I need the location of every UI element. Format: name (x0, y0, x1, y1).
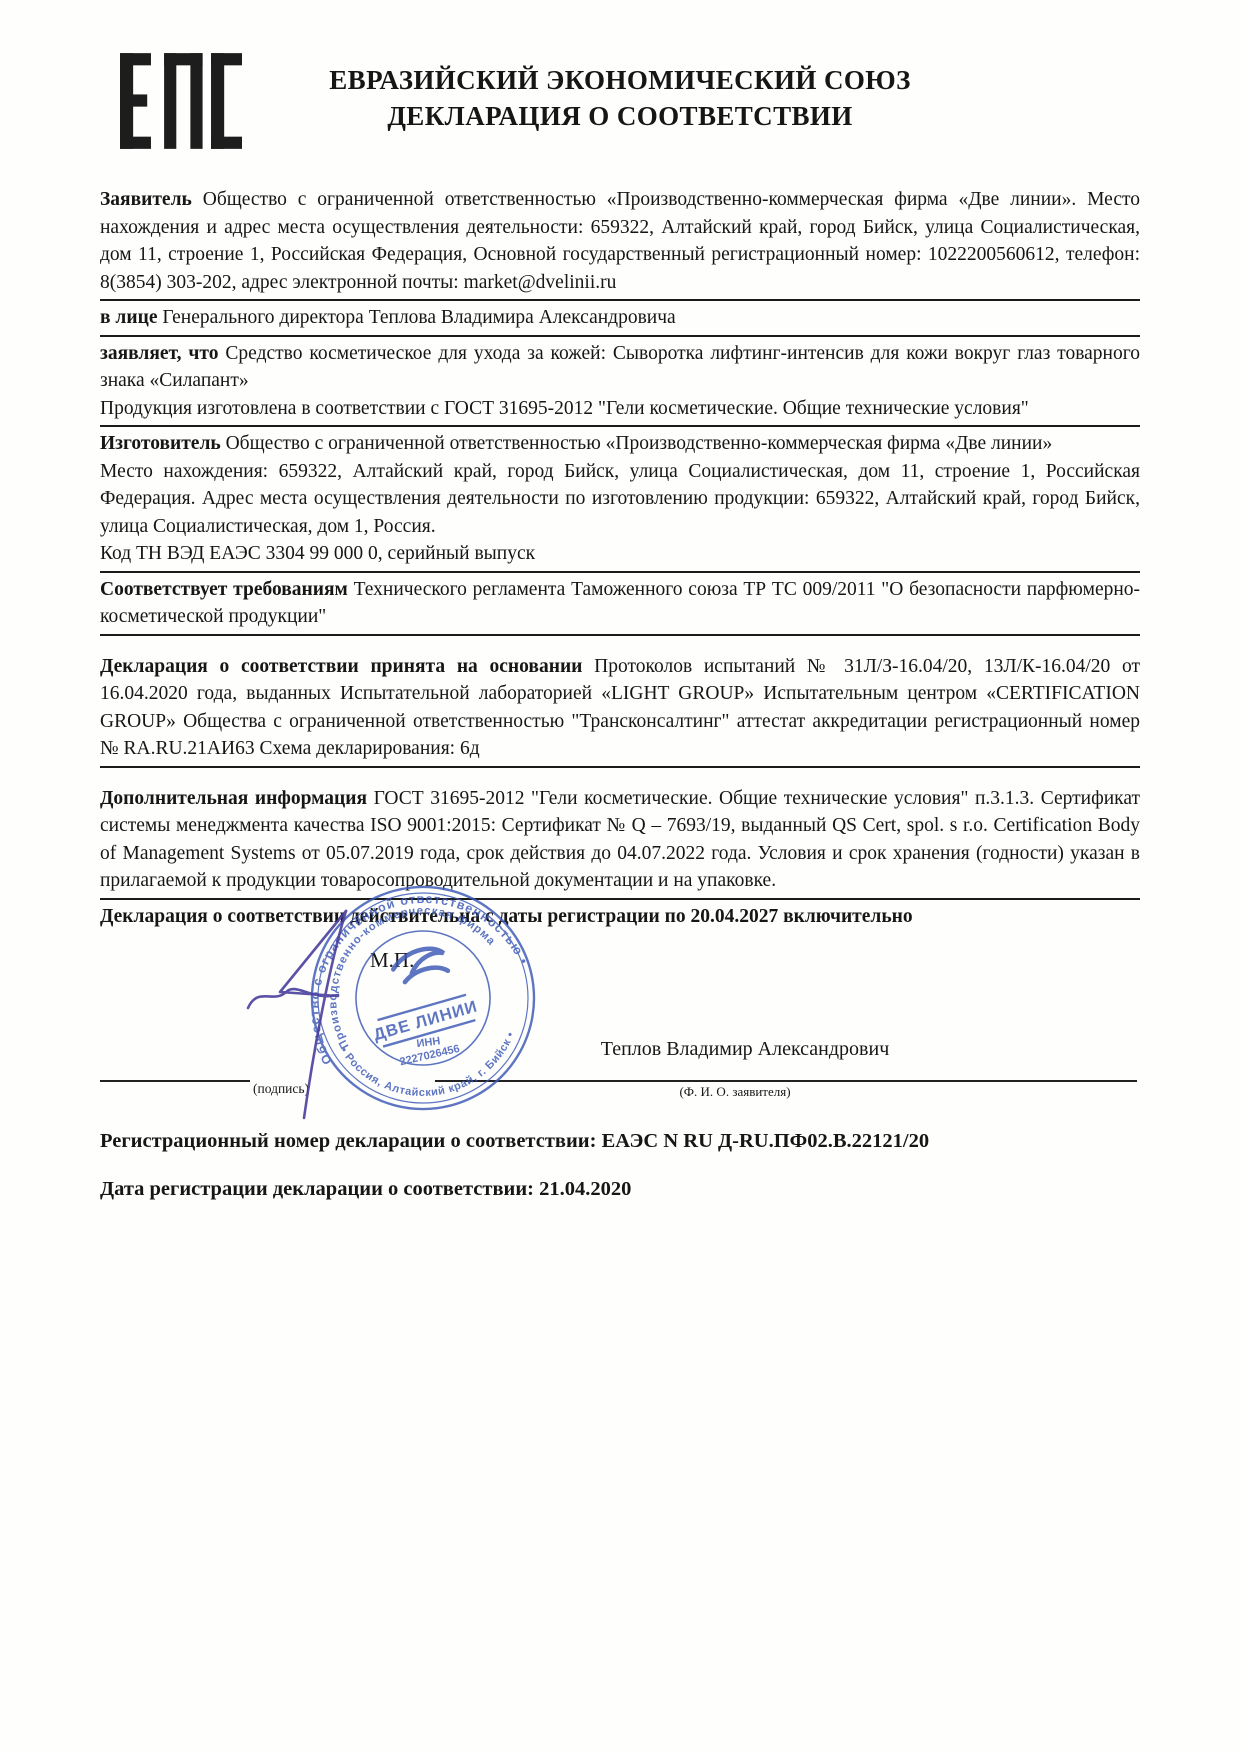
manufactured-accordance-paragraph: Продукция изготовлена в соответствии с Г… (100, 395, 1140, 423)
in-person-paragraph: в лицеГенерального директора Теплова Вла… (100, 304, 1140, 332)
in-person-label: в лице (100, 307, 162, 328)
registration-date-value: 21.04.2020 (539, 1178, 631, 1200)
manufacturer-paragraph: ИзготовительОбщество с ограниченной отве… (100, 430, 1140, 458)
manufacturer-address-paragraph: Место нахождения: 659322, Алтайский край… (100, 458, 1140, 541)
registration-number-value: ЕАЭС N RU Д-RU.ПФ02.В.22121/20 (602, 1130, 930, 1152)
document-header: ЕВРАЗИЙСКИЙ ЭКОНОМИЧЕСКИЙ СОЮЗ ДЕКЛАРАЦИ… (100, 46, 1140, 166)
applicant-label: Заявитель (100, 189, 203, 210)
signature-line (100, 1080, 250, 1082)
manufacturer-label: Изготовитель (100, 433, 226, 454)
spacer (100, 771, 1140, 785)
conformity-paragraph: Соответствует требованиямТехнического ре… (100, 576, 1140, 631)
declares-paragraph: заявляет, чтоСредство косметическое для … (100, 340, 1140, 395)
declares-label: заявляет, что (100, 343, 225, 364)
tnved-code-paragraph: Код ТН ВЭД ЕАЭС 3304 99 000 0, серийный … (100, 540, 1140, 568)
divider (100, 571, 1140, 573)
divider (100, 425, 1140, 427)
additional-info-label: Дополнительная информация (100, 788, 374, 809)
applicant-paragraph: ЗаявительОбщество с ограниченной ответст… (100, 186, 1140, 296)
declaration-title: ДЕКЛАРАЦИЯ О СООТВЕТСТВИИ (100, 98, 1140, 134)
registration-date-label: Дата регистрации декларации о соответств… (100, 1178, 534, 1200)
eac-mark-icon (120, 50, 242, 152)
declares-text: Средство косметическое для ухода за коже… (100, 343, 1140, 392)
stamp-logo-icon (391, 947, 448, 984)
divider (100, 299, 1140, 301)
divider (100, 766, 1140, 768)
in-person-text: Генерального директора Теплова Владимира… (162, 307, 675, 328)
registration-number-line: Регистрационный номер декларации о соотв… (100, 1128, 1140, 1154)
registration-date-line: Дата регистрации декларации о соответств… (100, 1176, 1140, 1202)
divider (100, 335, 1140, 337)
signature-area: М.П. (подпись) Теплов Владимир Александр… (100, 930, 1140, 1122)
manufactured-accordance-text: Продукция изготовлена в соответствии с Г… (100, 398, 1029, 419)
additional-info-paragraph: Дополнительная информацияГОСТ 31695-2012… (100, 785, 1140, 895)
tnved-code-text: Код ТН ВЭД ЕАЭС 3304 99 000 0, серийный … (100, 543, 535, 564)
handwritten-signature (240, 908, 366, 1124)
basis-label: Декларация о соответствии принята на осн… (100, 656, 594, 677)
basis-paragraph: Декларация о соответствии принята на осн… (100, 653, 1140, 763)
manufacturer-text: Общество с ограниченной ответственностью… (226, 433, 1053, 454)
registration-number-label: Регистрационный номер декларации о соотв… (100, 1130, 596, 1152)
declarant-name: Теплов Владимир Александрович (470, 1038, 1020, 1061)
document-titles: ЕВРАЗИЙСКИЙ ЭКОНОМИЧЕСКИЙ СОЮЗ ДЕКЛАРАЦИ… (100, 46, 1140, 134)
union-title: ЕВРАЗИЙСКИЙ ЭКОНОМИЧЕСКИЙ СОЮЗ (100, 62, 1140, 98)
applicant-text: Общество с ограниченной ответственностью… (100, 189, 1140, 293)
conformity-label: Соответствует требованиям (100, 579, 354, 600)
divider (100, 634, 1140, 636)
declaration-document: ЕВРАЗИЙСКИЙ ЭКОНОМИЧЕСКИЙ СОЮЗ ДЕКЛАРАЦИ… (0, 0, 1240, 1753)
manufacturer-address-text: Место нахождения: 659322, Алтайский край… (100, 461, 1140, 537)
spacer (100, 639, 1140, 653)
divider (100, 898, 1140, 900)
